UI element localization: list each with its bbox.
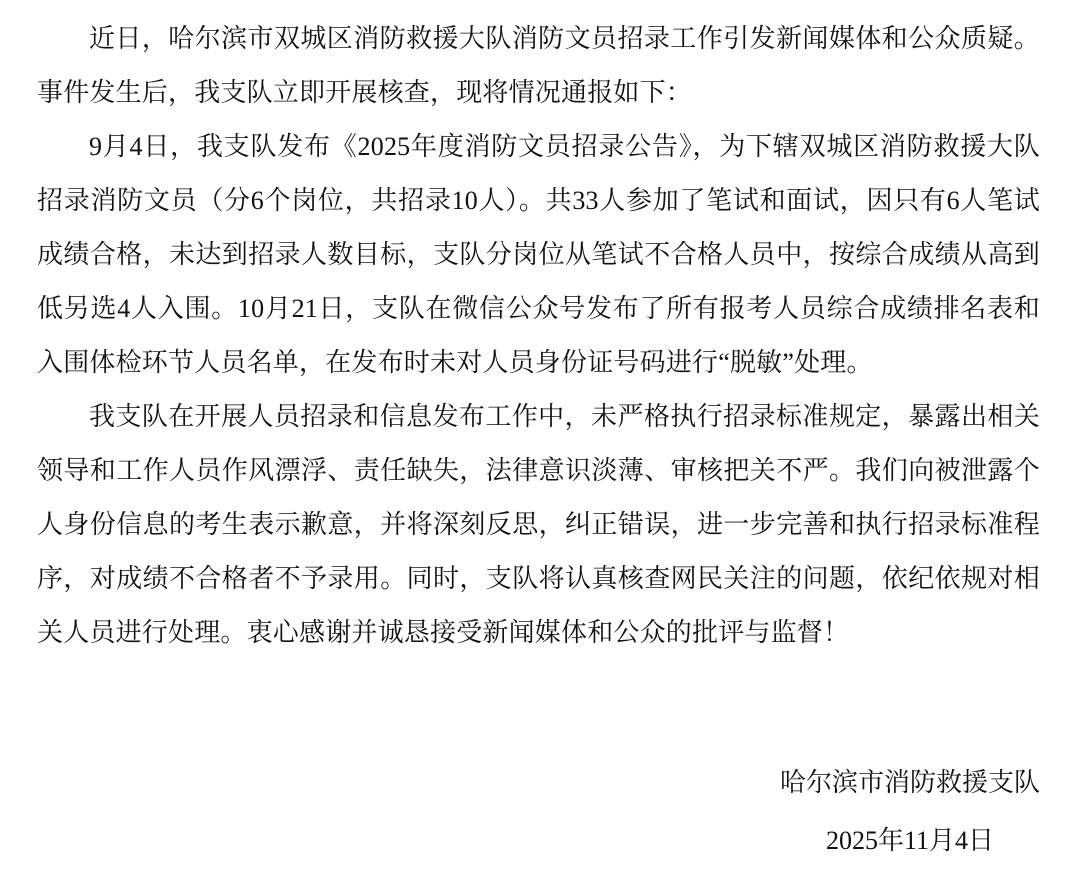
notice-body: 近日，哈尔滨市双城区消防救援大队消防文员招录工作引发新闻媒体和公众质疑。事件发生… [37,12,1040,660]
notice-paragraph-intro: 近日，哈尔滨市双城区消防救援大队消防文员招录工作引发新闻媒体和公众质疑。事件发生… [37,12,1040,120]
notice-paragraph-facts: 9月4日，我支队发布《2025年度消防文员招录公告》，为下辖双城区消防救援大队招… [37,120,1040,390]
signature-block: 哈尔滨市消防救援支队 2025年11月4日 [37,756,1040,868]
signature-organization: 哈尔滨市消防救援支队 [780,756,1040,810]
document-page: 近日，哈尔滨市双城区消防救援大队消防文员招录工作引发新闻媒体和公众质疑。事件发生… [0,0,1080,888]
signature-date: 2025年11月4日 [780,814,1040,868]
notice-paragraph-apology: 我支队在开展人员招录和信息发布工作中，未严格执行招录标准规定，暴露出相关领导和工… [37,390,1040,660]
signature-inner: 哈尔滨市消防救援支队 2025年11月4日 [780,756,1040,868]
